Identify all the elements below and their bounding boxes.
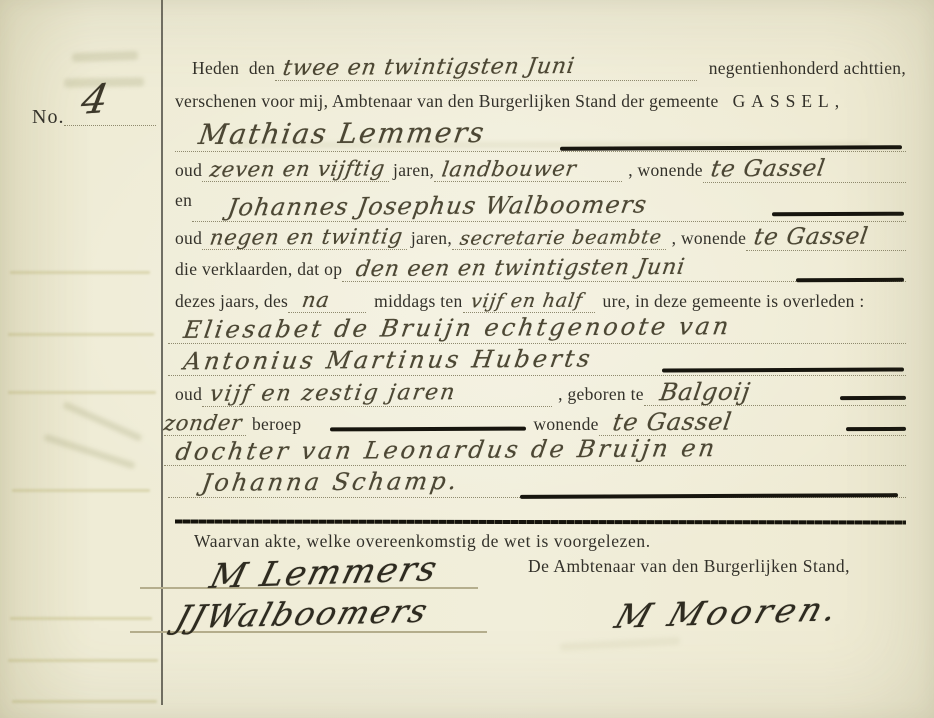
ink-strikeout [796, 278, 904, 282]
handwritten-declarant1-name: Mathias Lemmers [189, 119, 492, 150]
printed-official-title: De Ambtenaar van den Burgerlijken Stand, [528, 556, 850, 577]
printed-beroep: beroep [246, 414, 301, 435]
printed-ure-overleden: ure, in deze gemeente is overleden : [595, 291, 865, 312]
form-line-parents1: dochter van Leonardus de Bruijn en [164, 436, 906, 466]
handwritten-deceased-occupation: zonder [162, 413, 247, 436]
handwritten-declarant1-occupation: landbouwer [432, 158, 582, 181]
form-line-deceased-name1: Eliesabet de Bruijn echtgenoote van [168, 314, 906, 344]
handwritten-act-date: twee en twintigsten Juni [273, 56, 580, 81]
handwritten-deceased-residence: te Gassel [597, 410, 738, 436]
printed-middags-ten: middags ten [366, 291, 462, 312]
form-line-declarant1-details: oud zeven en vijftig jaren, landbouwer ,… [175, 158, 906, 183]
blank-declarant2-occupation: secretarie beambte [452, 228, 666, 250]
signature-official: M Mooren. [611, 592, 845, 633]
printed-heden-den: Heden den [192, 58, 275, 79]
signature-declarant1: M Lemmers [207, 552, 442, 594]
handwritten-hour: vijf en half [461, 292, 588, 313]
handwritten-deceased-name2: Antonius Martinus Huberts [174, 347, 599, 375]
ink-strikeout [840, 396, 906, 400]
blank-declarant1-occupation: landbouwer [434, 159, 622, 182]
bleed-through-line [8, 333, 154, 336]
printed-year: negentienhonderd achttien, [697, 58, 906, 79]
form-line-registrar: verschenen voor mij, Ambtenaar van den B… [175, 91, 906, 112]
handwritten-daypart: na [286, 290, 335, 312]
blank-declarant2-name: Johannes Josephus Walboomers [192, 193, 906, 222]
blank-act-date: twee en twintigsten Juni [275, 57, 697, 81]
printed-oud: oud [175, 384, 202, 405]
bleed-through-line [12, 489, 150, 492]
blank-deceased-residence: te Gassel [599, 410, 906, 436]
form-line-closing: Waarvan akte, welke overeenkomstig de we… [194, 531, 906, 552]
act-number-block: No. 4 [32, 106, 156, 129]
blank-parents1: dochter van Leonardus de Bruijn en [164, 438, 906, 466]
handwritten-birthplace: Balgoij [642, 380, 756, 406]
handwritten-declarant1-age: zeven en vijftig [200, 158, 390, 181]
bleed-through-line [8, 391, 156, 394]
form-line-deceased-occupation: zonder beroep wonende te Gassel [164, 410, 906, 436]
printed-wonende: wonende [533, 414, 598, 435]
blank-daypart: na [288, 290, 366, 313]
blank-deceased-occupation: zonder [164, 413, 246, 436]
margin-rule [161, 0, 163, 705]
form-line-date: Heden den twee en twintigsten Juni negen… [192, 57, 906, 81]
blank-deceased-name1: Eliesabet de Bruijn echtgenoote van [168, 316, 906, 344]
printed-jaren: jaren, [389, 160, 434, 181]
handwritten-declarant2-occupation: secretarie beambte [450, 228, 667, 249]
bleed-through-ghost [43, 433, 136, 469]
bleed-through-line [8, 659, 158, 662]
bleed-through-line [10, 271, 150, 274]
handwritten-parents1: dochter van Leonardus de Bruijn en [166, 436, 723, 465]
bleed-through-ghost [62, 401, 142, 442]
blank-declarant2-residence: te Gassel [746, 226, 906, 251]
form-line-declarant2-name: en Johannes Josephus Walboomers [175, 190, 906, 222]
act-number-label: No. [32, 106, 64, 129]
municipality-name: GASSEL, [719, 91, 846, 112]
handwritten-parents2: Johanna Schamp. [192, 469, 465, 496]
printed-geboren-te: , geboren te [552, 384, 644, 405]
form-line-official-title: De Ambtenaar van den Burgerlijken Stand, [528, 556, 906, 577]
blank-birthplace: Balgoij [644, 380, 906, 406]
blank-declarant1-residence: te Gassel [703, 158, 906, 183]
printed-oud: oud [175, 228, 202, 249]
handwritten-deceased-age: vijf en zestig jaren [200, 382, 462, 407]
blank-declarant2-age: negen en twintig [202, 227, 407, 250]
document-page: No. 4 Heden den twee en twintigsten Juni… [0, 0, 934, 718]
handwritten-deceased-name1: Eliesabet de Bruijn echtgenoote van [174, 314, 737, 343]
printed-wonende: , wonende [622, 160, 703, 181]
blank-hour: vijf en half [463, 291, 595, 313]
bleed-through-ghost [560, 637, 680, 651]
handwritten-declarant1-residence: te Gassel [701, 158, 831, 183]
signature-declarant2: JJWalboomers [172, 595, 433, 634]
printed-wonende: , wonende [666, 228, 747, 249]
bleed-through-line [12, 700, 157, 703]
form-line-deceased-age: oud vijf en zestig jaren , geboren te Ba… [175, 380, 906, 407]
bleed-through-ghost [72, 51, 138, 62]
printed-jaren: jaren, [407, 228, 452, 249]
handwritten-declarant2-age: negen en twintig [200, 226, 408, 249]
form-line-declarant2-details: oud negen en twintig jaren, secretarie b… [175, 226, 906, 251]
blank-deceased-age: vijf en zestig jaren [202, 383, 552, 407]
act-number-blank: 4 [64, 121, 156, 126]
ink-strikeout [846, 427, 906, 431]
form-line-death-time: dezes jaars, des na middags ten vijf en … [175, 290, 906, 313]
handwritten-declarant2-residence: te Gassel [744, 226, 874, 251]
handwritten-declarant2-name: Johannes Josephus Walboomers [218, 192, 653, 220]
printed-verschenen: verschenen voor mij, Ambtenaar van den B… [175, 91, 719, 112]
blank-declarant1-age: zeven en vijftig [202, 159, 389, 182]
handwritten-death-date: den een en twintigsten Juni [340, 257, 690, 282]
printed-dezes-jaars: dezes jaars, des [175, 291, 288, 312]
printed-oud: oud [175, 160, 202, 181]
printed-die-verklaarden: die verklaarden, dat op [175, 259, 342, 280]
ink-strikeout [772, 212, 904, 217]
ink-strikeout [330, 427, 526, 432]
bleed-through-line [10, 617, 152, 620]
section-separator-rule [175, 519, 906, 524]
printed-en: en [175, 190, 192, 211]
